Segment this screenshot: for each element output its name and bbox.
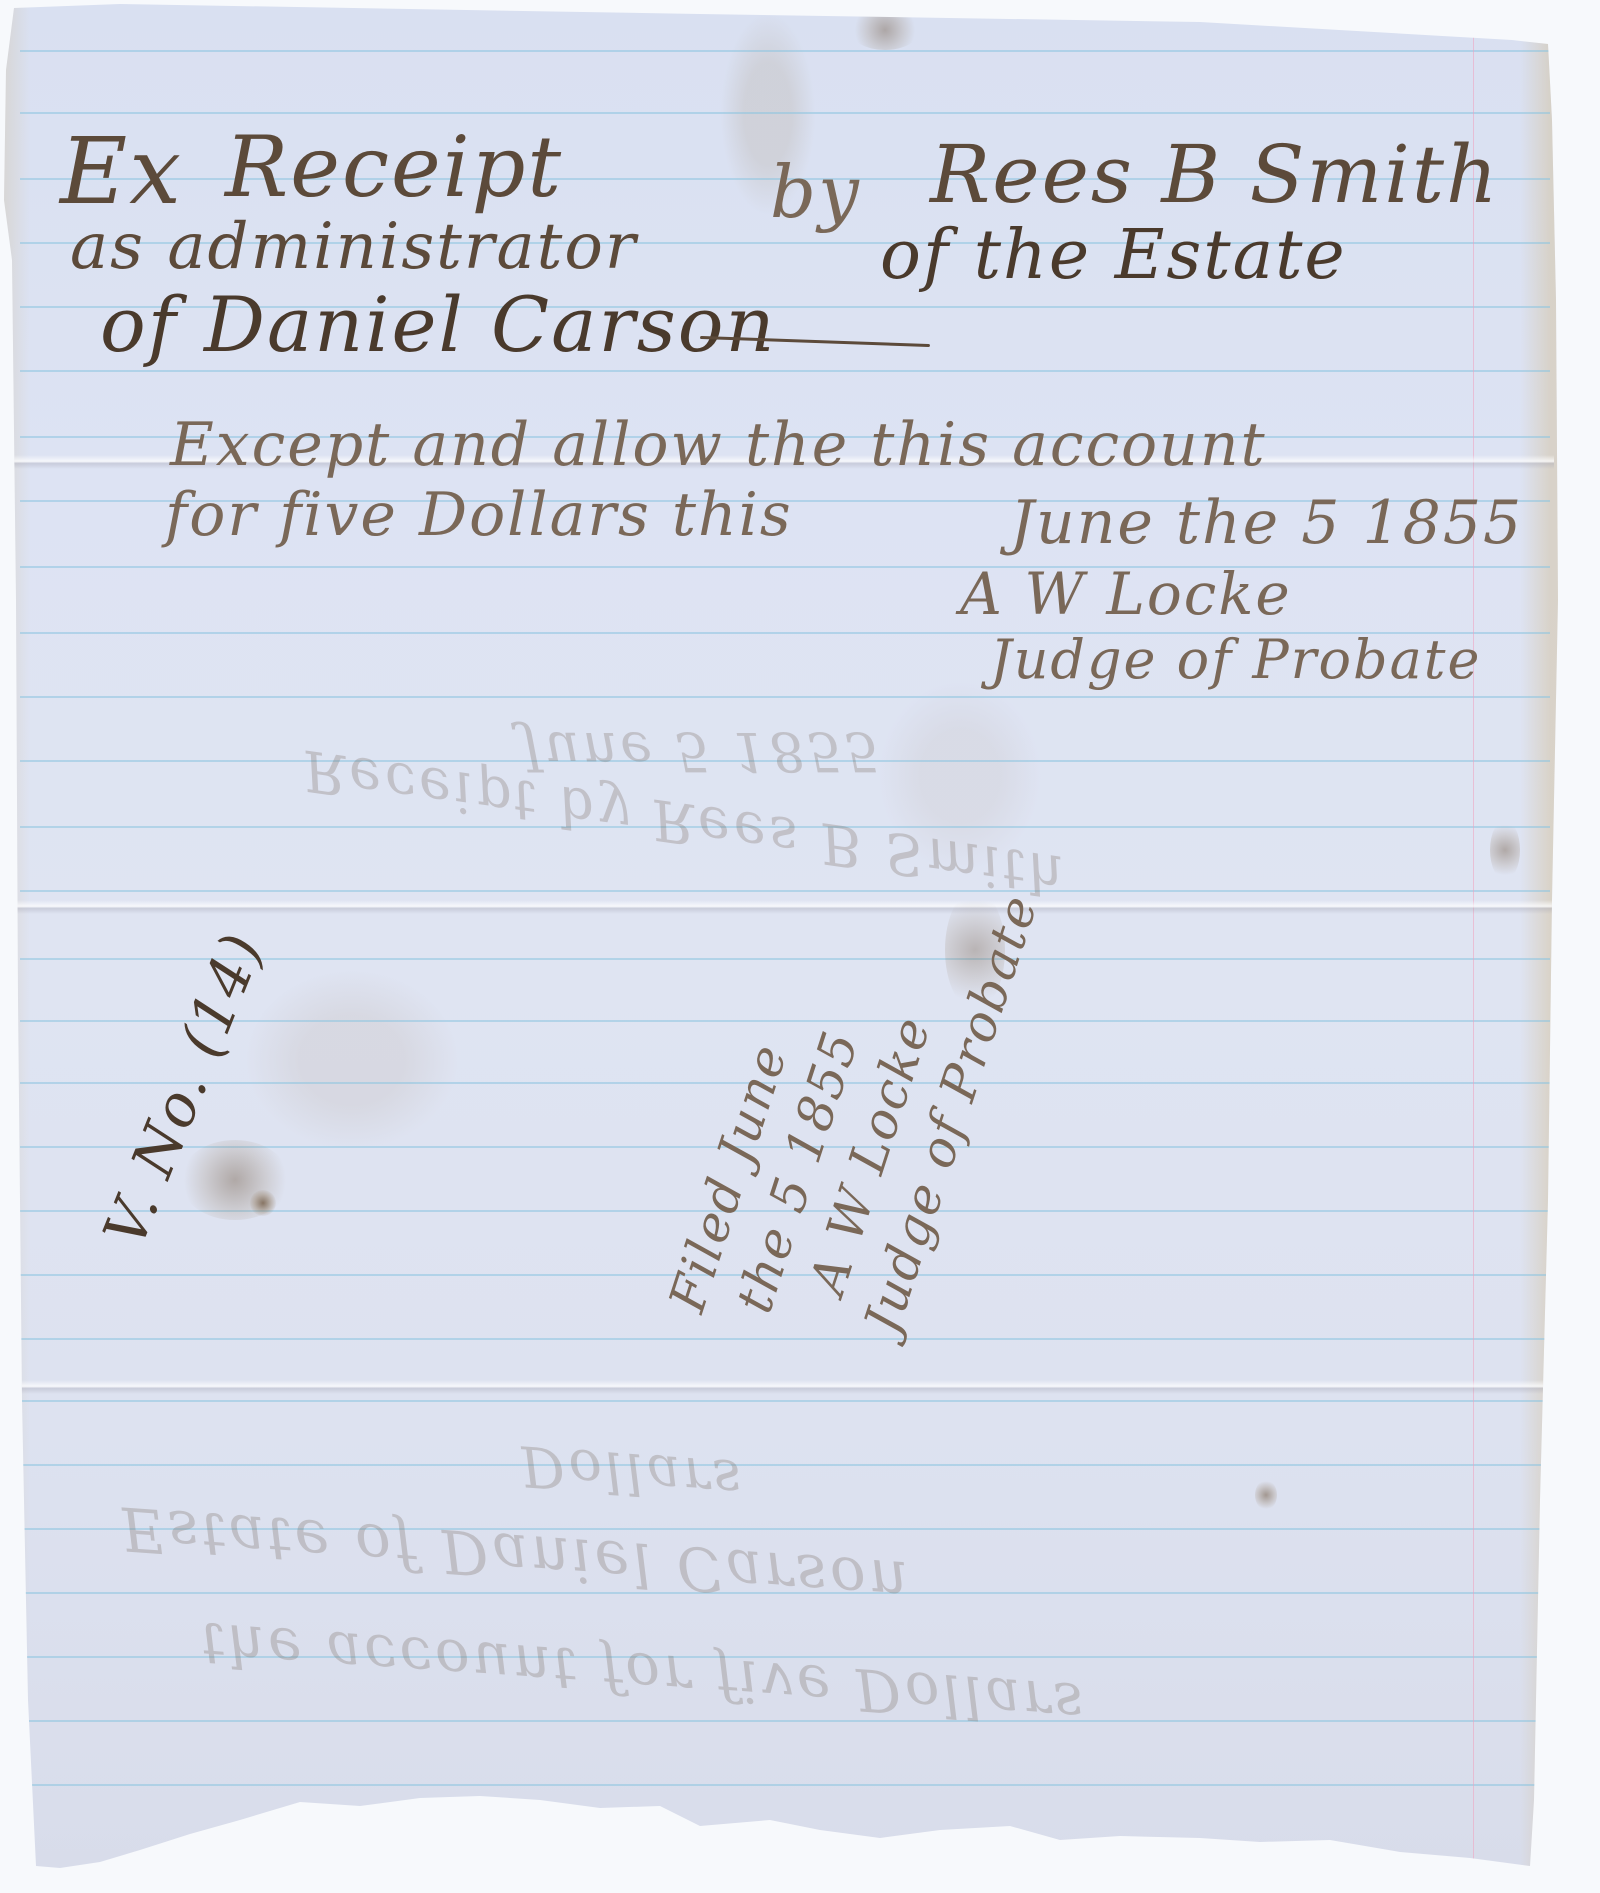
bleed-through-text: Estate of Daniel Carson: [119, 1492, 913, 1617]
ruled-line: [20, 696, 1550, 698]
bleed-through-text: Dollars: [518, 1432, 746, 1512]
signature-name: A W Locke: [960, 560, 1292, 628]
heading-name: Rees B Smith: [930, 128, 1500, 221]
heading-estate: of the Estate: [880, 216, 1347, 295]
ink-blot: [250, 1190, 276, 1216]
heading-role: as administrator: [70, 210, 637, 284]
heading-by: by: [770, 150, 861, 234]
ruled-line: [20, 370, 1550, 372]
fold-crease: [14, 1380, 1554, 1394]
ink-stain: [1490, 820, 1520, 880]
margin-line: [1473, 0, 1474, 1893]
ruled-line: [20, 1720, 1550, 1722]
heading-decedent: of Daniel Carson: [100, 280, 776, 369]
paper-sheet: June 5 1855 Receipt by Rees B Smith Doll…: [0, 0, 1600, 1893]
ruled-line: [20, 112, 1550, 114]
ruled-line: [20, 1784, 1550, 1786]
signature-title: Judge of Probate: [990, 628, 1481, 691]
ruled-line: [20, 566, 1550, 568]
ruled-line: [20, 50, 1550, 52]
heading-prefix: Ex: [60, 118, 183, 225]
ruled-line: [20, 1400, 1550, 1402]
ink-stain: [1255, 1480, 1277, 1510]
ruled-line: [20, 1464, 1550, 1466]
heading-receipt: Receipt: [225, 118, 563, 216]
body-line-1: Except and allow the this account: [170, 410, 1267, 480]
ruled-line: [20, 890, 1550, 892]
body-date: June the 5 1855: [1010, 488, 1523, 558]
body-line-2: for five Dollars this: [165, 480, 793, 550]
